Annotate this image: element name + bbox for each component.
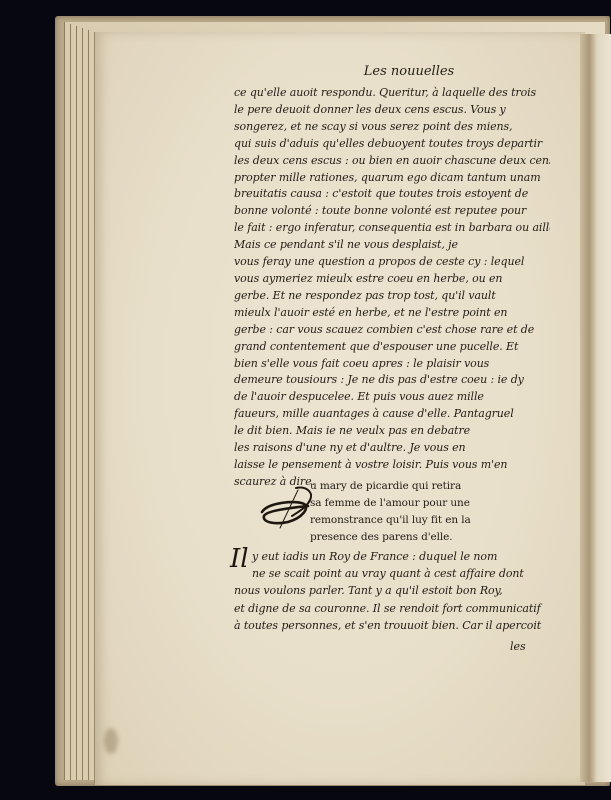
text-line: bien s'elle vous fait coeu apres : le pl…: [234, 356, 550, 373]
text-line: propter mille rationes, quarum ego dicam…: [234, 170, 550, 187]
text-line: grand contentement que d'espouser une pu…: [234, 339, 550, 356]
paragraph-2: Il y eut iadis un Roy de France : duquel…: [234, 548, 550, 634]
text-line: le pere deuoit donner les deux cens escu…: [234, 102, 550, 119]
text-line: le fait : ergo inferatur, consequentia e…: [234, 220, 550, 237]
main-text-block: Les nouuelles ce qu'elle auoit respondu.…: [234, 64, 550, 491]
text-line: gerbe. Et ne respondez pas trop tost, qu…: [234, 288, 550, 305]
book-gutter: [580, 34, 611, 782]
text-line: vous feray une question a propos de cest…: [234, 254, 550, 271]
text-line: songerez, et ne scay si vous serez point…: [234, 119, 550, 136]
paper-stain: [104, 728, 118, 754]
chapter-heading: u mary de picardie qui retira sa femme d…: [258, 478, 518, 546]
text-line: ne se scait point au vray quant à cest a…: [234, 565, 550, 582]
text-line: bonne volonté : toute bonne volonté est …: [234, 203, 550, 220]
text-line: nous voulons parler. Tant y a qu'il esto…: [234, 582, 550, 599]
heading-line: remonstrance qu'il luy fit en la: [310, 512, 518, 529]
running-head: Les nouuelles: [234, 64, 550, 79]
text-line: le dit bien. Mais ie ne veulx pas en deb…: [234, 423, 550, 440]
text-line: Mais ce pendant s'il ne vous desplaist, …: [234, 237, 550, 254]
catchword: les: [510, 640, 526, 653]
text-line: faueurs, mille auantages à cause d'elle.…: [234, 406, 550, 423]
text-line: laisse le pensement à vostre loisir. Pui…: [234, 457, 550, 474]
heading-line: u mary de picardie qui retira: [310, 478, 518, 495]
text-line: mieulx l'auoir esté en herbe, et ne l'es…: [234, 305, 550, 322]
text-line: ce qu'elle auoit respondu. Queritur, à l…: [234, 85, 550, 102]
heading-line: presence des parens d'elle.: [310, 529, 518, 546]
book-photograph: Les nouuelles ce qu'elle auoit respondu.…: [0, 0, 611, 800]
chapter-heading-text: u mary de picardie qui retira sa femme d…: [310, 478, 518, 546]
text-line: vous aymeriez mieulx estre coeu en herbe…: [234, 271, 550, 288]
paragraph-1: ce qu'elle auoit respondu. Queritur, à l…: [234, 85, 550, 491]
heading-line: sa femme de l'amour pour une: [310, 495, 518, 512]
initial-d-flourish-icon: [258, 482, 316, 530]
text-line: y eut iadis un Roy de France : duquel le…: [234, 548, 550, 565]
text-line: et digne de sa couronne. Il se rendoit f…: [234, 600, 550, 617]
text-line: de l'auoir despucelee. Et puis vous auez…: [234, 389, 550, 406]
text-line: qui suis d'aduis qu'elles debuoyent tout…: [234, 136, 550, 153]
text-line: breuitatis causa : c'estoit que toutes t…: [234, 186, 550, 203]
drop-cap: Il: [230, 546, 249, 572]
text-line: les deux cens escus : ou bien en auoir c…: [234, 153, 550, 170]
text-line: demeure tousiours : Je ne dis pas d'estr…: [234, 372, 550, 389]
text-line: gerbe : car vous scauez combien c'est ch…: [234, 322, 550, 339]
text-line: à toutes personnes, et s'en trouuoit bie…: [234, 617, 550, 634]
text-line: les raisons d'une ny et d'aultre. Je vou…: [234, 440, 550, 457]
